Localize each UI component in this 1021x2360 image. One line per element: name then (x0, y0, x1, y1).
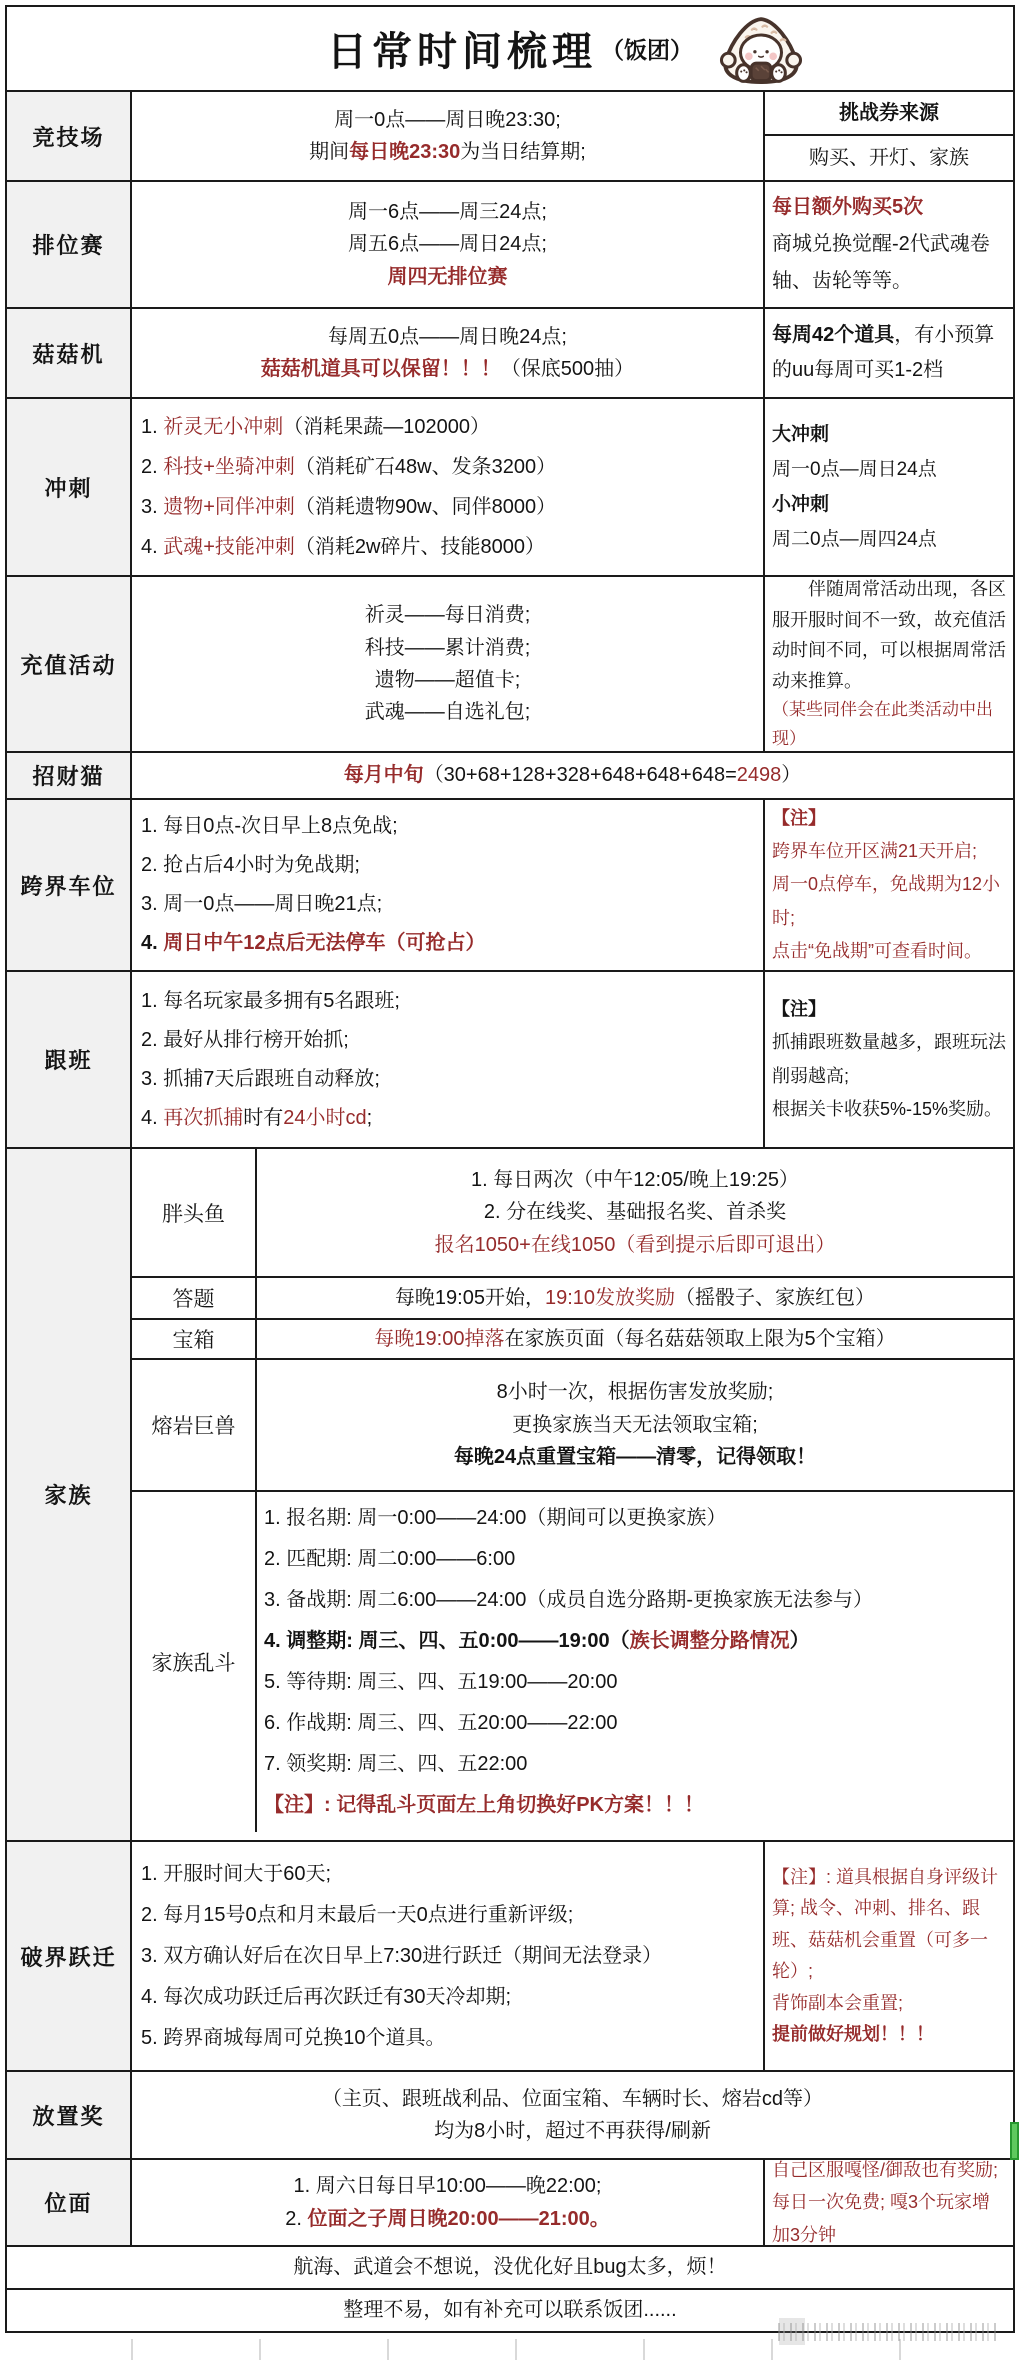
spreadsheet-screenshot: 日常时间梳理 （饭团） (0, 0, 1021, 2360)
chest-line: 每晚19:00掉落在家族页面（每名菇菇领取上限为5个宝箱） (374, 1323, 895, 1355)
row-parking: 跨界车位 1. 每日0点-次日早上8点免战; 2. 抢占后4小时为免战期; 3.… (7, 800, 1013, 972)
quiz-line: 每晚19:05开始，19:10发放奖励（摇骰子、家族红包） (395, 1282, 875, 1314)
brawl-item-2: 2. 匹配期: 周二0:00——6:00 (264, 1539, 515, 1580)
arena-label: 竞技场 (7, 92, 132, 180)
transition-item-3: 3. 双方确认好后在次日早上7:30进行跃迁（期间无法登录） (141, 1936, 662, 1977)
sprint-item-1: 1. 祈灵无小冲刺（消耗果蔬—102000） (141, 407, 490, 447)
arena-line-1: 周一0点——周日晚23:30; (334, 104, 561, 136)
plane-line-2: 2. 位面之子周日晚20:00——21:00。 (285, 2203, 610, 2235)
lucky-cat-line: 每月中旬（30+68+128+328+648+648+648=2498） (344, 759, 802, 791)
family-row-lava: 熔岩巨兽 8小时一次，根据伤害发放奖励; 更换家族当天无法领取宝箱; 每晚24点… (132, 1360, 1013, 1492)
ranked-label: 排位赛 (7, 182, 132, 307)
note-closing-text: 整理不易，如有补充可以联系饭团...... (343, 2294, 676, 2326)
arena-right: 挑战券来源 购买、开灯、家族 (763, 92, 1013, 180)
recharge-line-3: 遗物——超值卡; (375, 664, 521, 696)
lava-line-3: 每晚24点重置宝箱——清零，记得领取！ (454, 1441, 816, 1473)
follower-right: 【注】 抓捕跟班数量越多，跟班玩法削弱越高; 根据关卡收获5%-15%奖励。 (763, 972, 1013, 1147)
ranked-line-2: 周五6点——周日24点; (348, 228, 547, 260)
sprint-main: 1. 祈灵无小冲刺（消耗果蔬—102000） 2. 科技+坐骑冲刺（消耗矿石48… (132, 399, 763, 575)
transition-right: 【注】: 道具根据自身评级计算; 战令、冲刺、排名、跟班、菇菇机会重置（可多一轮… (763, 1842, 1013, 2070)
gacha-line-1: 每周五0点——周日晚24点; (328, 321, 567, 353)
brawl-item-3: 3. 备战期: 周二6:00——24:00（成员自选分路期-更换家族无法参与） (264, 1580, 873, 1621)
quiz-label: 答题 (132, 1278, 257, 1318)
recharge-right-note: （某些同伴会在此类活动中出现） (772, 696, 1006, 754)
plane-right-line: 自己区服嘎怪/御敌也有奖励; 每日一次免费; 嘎3个玩家增加3分钟 (772, 2154, 1006, 2251)
parking-main: 1. 每日0点-次日早上8点免战; 2. 抢占后4小时为免战期; 3. 周一0点… (132, 800, 763, 970)
gacha-right-line: 每周42个道具，有小预算的uu每周可买1-2档 (772, 318, 1006, 388)
ranked-line-3: 周四无排位赛 (388, 261, 508, 293)
sprint-label: 冲刺 (7, 399, 132, 575)
fish-line-2: 2. 分在线奖、基础报名奖、首杀奖 (484, 1196, 786, 1228)
spreadsheet-gridlines (5, 2339, 1017, 2360)
parking-right-line-3: 点击“免战期”可查看时间。 (772, 935, 1006, 968)
recharge-line-1: 祈灵——每日消费; (365, 599, 531, 631)
row-gacha: 菇菇机 每周五0点——周日晚24点; 菇菇机道具可以保留！！！（保底500抽） … (7, 309, 1013, 399)
chest-label: 宝箱 (132, 1320, 257, 1358)
fish-main: 1. 每日两次（中午12:05/晚上19:25） 2. 分在线奖、基础报名奖、首… (257, 1149, 1013, 1276)
sprint-right-line-3: 小冲刺 (772, 487, 1006, 522)
recharge-right: 伴随周常活动出现，各区服开服时间不一致，故充值活动时间不同，可以根据周常活动来推… (763, 577, 1013, 751)
idle-rewards-line-2: 均为8小时，超过不再获得/刷新 (434, 2115, 711, 2147)
follower-item-1: 1. 每名玩家最多拥有5名跟班; (141, 982, 400, 1021)
family-row-brawl: 家族乱斗 1. 报名期: 周一0:00——24:00（期间可以更换家族） 2. … (132, 1492, 1013, 1832)
arena-right-value: 购买、开灯、家族 (765, 136, 1013, 180)
follower-item-2: 2. 最好从排行榜开始抓; (141, 1021, 349, 1060)
page-title: 日常时间梳理 (327, 20, 597, 77)
brawl-main: 1. 报名期: 周一0:00——24:00（期间可以更换家族） 2. 匹配期: … (257, 1492, 1013, 1832)
page-title-sub: （饭团） (601, 32, 693, 65)
parking-right-line-2: 周一0点停车，免战期为12小时; (772, 868, 1006, 935)
parking-right-note: 【注】 (772, 802, 1006, 835)
plane-right: 自己区服嘎怪/御敌也有奖励; 每日一次免费; 嘎3个玩家增加3分钟 (763, 2160, 1013, 2245)
sprint-right-line-1: 大冲刺 (772, 417, 1006, 452)
lava-line-1: 8小时一次，根据伤害发放奖励; (497, 1376, 774, 1408)
lava-line-2: 更换家族当天无法领取宝箱; (512, 1409, 758, 1441)
family-row-fish: 胖头鱼 1. 每日两次（中午12:05/晚上19:25） 2. 分在线奖、基础报… (132, 1149, 1013, 1278)
gacha-line-2: 菇菇机道具可以保留！！！（保底500抽） (261, 353, 634, 385)
fish-line-3: 报名1050+在线1050（看到提示后即可退出） (435, 1229, 836, 1261)
sprint-item-4: 4. 武魂+技能冲刺（消耗2w碎片、技能8000） (141, 527, 545, 567)
plane-main: 1. 周六日每日早10:00——晚22:00; 2. 位面之子周日晚20:00—… (132, 2160, 763, 2245)
row-follower: 跟班 1. 每名玩家最多拥有5名跟班; 2. 最好从排行榜开始抓; 3. 抓捕7… (7, 972, 1013, 1149)
lucky-cat-label: 招财猫 (7, 753, 132, 798)
recharge-line-4: 武魂——自选礼包; (365, 696, 531, 728)
transition-item-5: 5. 跨界商城每周可兑换10个道具。 (141, 2018, 445, 2059)
parking-item-1: 1. 每日0点-次日早上8点免战; (141, 807, 398, 846)
brawl-label: 家族乱斗 (132, 1492, 257, 1832)
fish-line-1: 1. 每日两次（中午12:05/晚上19:25） (471, 1164, 799, 1196)
title-row: 日常时间梳理 （饭团） (7, 7, 1013, 92)
arena-right-header: 挑战券来源 (765, 92, 1013, 136)
recharge-line-2: 科技——累计消费; (365, 632, 531, 664)
recharge-label: 充值活动 (7, 577, 132, 751)
gacha-right: 每周42个道具，有小预算的uu每周可买1-2档 (763, 309, 1013, 397)
row-family: 家族 胖头鱼 1. 每日两次（中午12:05/晚上19:25） 2. 分在线奖、… (7, 1149, 1013, 1842)
parking-right-line-1: 跨界车位开区满21天开启; (772, 835, 1006, 868)
family-label: 家族 (7, 1149, 132, 1840)
row-ranked: 排位赛 周一6点——周三24点; 周五6点——周日24点; 周四无排位赛 每日额… (7, 182, 1013, 309)
plane-line-1: 1. 周六日每日早10:00——晚22:00; (294, 2170, 602, 2202)
row-recharge: 充值活动 祈灵——每日消费; 科技——累计消费; 遗物——超值卡; 武魂——自选… (7, 577, 1013, 753)
brawl-item-5: 5. 等待期: 周三、四、五19:00——20:00 (264, 1662, 617, 1703)
family-subtable: 胖头鱼 1. 每日两次（中午12:05/晚上19:25） 2. 分在线奖、基础报… (132, 1149, 1013, 1840)
brawl-item-7: 7. 领奖期: 周三、四、五22:00 (264, 1744, 527, 1785)
sprint-right-line-4: 周二0点—周四24点 (772, 522, 1006, 557)
transition-right-line-2: 提前做好规划！！！ (772, 2019, 1006, 2051)
onigiri-mascot-icon (705, 13, 817, 89)
brawl-item-4: 4. 调整期: 周三、四、五0:00——19:00（族长调整分路情况） (264, 1621, 810, 1662)
arena-line-2: 期间每日晚23:30为当日结算期; (309, 136, 586, 168)
parking-label: 跨界车位 (7, 800, 132, 970)
lava-label: 熔岩巨兽 (132, 1360, 257, 1490)
sprint-right: 大冲刺 周一0点—周日24点 小冲刺 周二0点—周四24点 (763, 399, 1013, 575)
family-row-chest: 宝箱 每晚19:00掉落在家族页面（每名菇菇领取上限为5个宝箱） (132, 1320, 1013, 1360)
follower-item-3: 3. 抓捕7天后跟班自动释放; (141, 1060, 380, 1099)
row-transition: 破界跃迁 1. 开服时间大于60天; 2. 每月15号0点和月末最后一天0点进行… (7, 1842, 1013, 2072)
transition-item-1: 1. 开服时间大于60天; (141, 1854, 331, 1895)
selection-handle (1010, 2122, 1019, 2160)
sprint-item-3: 3. 遗物+同伴冲刺（消耗遗物90w、同伴8000） (141, 487, 556, 527)
lava-main: 8小时一次，根据伤害发放奖励; 更换家族当天无法领取宝箱; 每晚24点重置宝箱—… (257, 1360, 1013, 1490)
follower-right-line-2: 根据关卡收获5%-15%奖励。 (772, 1093, 1006, 1126)
follower-main: 1. 每名玩家最多拥有5名跟班; 2. 最好从排行榜开始抓; 3. 抓捕7天后跟… (132, 972, 763, 1147)
ranked-right-line-1: 每日额外购买5次 (772, 189, 1006, 226)
ranked-right-line-2: 商城兑换觉醒-2代武魂卷轴、齿轮等等。 (772, 226, 1006, 300)
ranked-line-1: 周一6点——周三24点; (348, 196, 547, 228)
plane-label: 位面 (7, 2160, 132, 2245)
follower-item-4: 4. 再次抓捕时有24小时cd; (141, 1099, 372, 1138)
brawl-item-6: 6. 作战期: 周三、四、五20:00——22:00 (264, 1703, 617, 1744)
brawl-note: 【注】: 记得乱斗页面左上角切换好PK方案！！！ (264, 1785, 704, 1826)
brawl-item-1: 1. 报名期: 周一0:00——24:00（期间可以更换家族） (264, 1498, 726, 1539)
recharge-main: 祈灵——每日消费; 科技——累计消费; 遗物——超值卡; 武魂——自选礼包; (132, 577, 763, 751)
follower-label: 跟班 (7, 972, 132, 1147)
watermark (778, 2323, 996, 2341)
ranked-right: 每日额外购买5次 商城兑换觉醒-2代武魂卷轴、齿轮等等。 (763, 182, 1013, 307)
lucky-cat-main: 每月中旬（30+68+128+328+648+648+648=2498） (132, 753, 1013, 798)
follower-right-note: 【注】 (772, 993, 1006, 1026)
sprint-right-line-2: 周一0点—周日24点 (772, 452, 1006, 487)
note-complaint: 航海、武道会不想说，没优化好且bug太多，烦！ (7, 2247, 1013, 2288)
row-note-complaint: 航海、武道会不想说，没优化好且bug太多，烦！ (7, 2247, 1013, 2290)
arena-main: 周一0点——周日晚23:30; 期间每日晚23:30为当日结算期; (132, 92, 763, 180)
note-complaint-text: 航海、武道会不想说，没优化好且bug太多，烦！ (293, 2251, 726, 2283)
transition-main: 1. 开服时间大于60天; 2. 每月15号0点和月末最后一天0点进行重新评级;… (132, 1842, 763, 2070)
idle-rewards-line-1: （主页、跟班战利品、位面宝箱、车辆时长、熔岩cd等） (322, 2083, 823, 2115)
row-plane: 位面 1. 周六日每日早10:00——晚22:00; 2. 位面之子周日晚20:… (7, 2160, 1013, 2247)
transition-label: 破界跃迁 (7, 1842, 132, 2070)
gacha-main: 每周五0点——周日晚24点; 菇菇机道具可以保留！！！（保底500抽） (132, 309, 763, 397)
parking-item-3: 3. 周一0点——周日晚21点; (141, 885, 382, 924)
gacha-label: 菇菇机 (7, 309, 132, 397)
parking-item-2: 2. 抢占后4小时为免战期; (141, 846, 360, 885)
row-idle-rewards: 放置奖 （主页、跟班战利品、位面宝箱、车辆时长、熔岩cd等） 均为8小时，超过不… (7, 2072, 1013, 2160)
ranked-main: 周一6点——周三24点; 周五6点——周日24点; 周四无排位赛 (132, 182, 763, 307)
chest-main: 每晚19:00掉落在家族页面（每名菇菇领取上限为5个宝箱） (257, 1320, 1013, 1358)
schedule-table: 日常时间梳理 （饭团） (5, 5, 1015, 2333)
sprint-item-2: 2. 科技+坐骑冲刺（消耗矿石48w、发条3200） (141, 447, 556, 487)
family-row-quiz: 答题 每晚19:05开始，19:10发放奖励（摇骰子、家族红包） (132, 1278, 1013, 1320)
idle-rewards-label: 放置奖 (7, 2072, 132, 2158)
transition-right-note: 【注】: 道具根据自身评级计算; 战令、冲刺、排名、跟班、菇菇机会重置（可多一轮… (772, 1862, 1006, 1988)
transition-item-2: 2. 每月15号0点和月末最后一天0点进行重新评级; (141, 1895, 573, 1936)
transition-right-line-1: 背饰副本会重置; (772, 1988, 1006, 2020)
recharge-right-para: 伴随周常活动出现，各区服开服时间不一致，故充值活动时间不同，可以根据周常活动来推… (772, 574, 1006, 696)
idle-rewards-main: （主页、跟班战利品、位面宝箱、车辆时长、熔岩cd等） 均为8小时，超过不再获得/… (132, 2072, 1013, 2158)
transition-item-4: 4. 每次成功跃迁后再次跃迁有30天冷却期; (141, 1977, 511, 2018)
fish-label: 胖头鱼 (132, 1149, 257, 1276)
row-sprint: 冲刺 1. 祈灵无小冲刺（消耗果蔬—102000） 2. 科技+坐骑冲刺（消耗矿… (7, 399, 1013, 577)
parking-right: 【注】 跨界车位开区满21天开启; 周一0点停车，免战期为12小时; 点击“免战… (763, 800, 1013, 970)
follower-right-line-1: 抓捕跟班数量越多，跟班玩法削弱越高; (772, 1026, 1006, 1093)
row-lucky-cat: 招财猫 每月中旬（30+68+128+328+648+648+648=2498） (7, 753, 1013, 800)
parking-item-4: 4. 周日中午12点后无法停车（可抢占） (141, 924, 486, 963)
quiz-main: 每晚19:05开始，19:10发放奖励（摇骰子、家族红包） (257, 1278, 1013, 1318)
row-arena: 竞技场 周一0点——周日晚23:30; 期间每日晚23:30为当日结算期; 挑战… (7, 92, 1013, 182)
